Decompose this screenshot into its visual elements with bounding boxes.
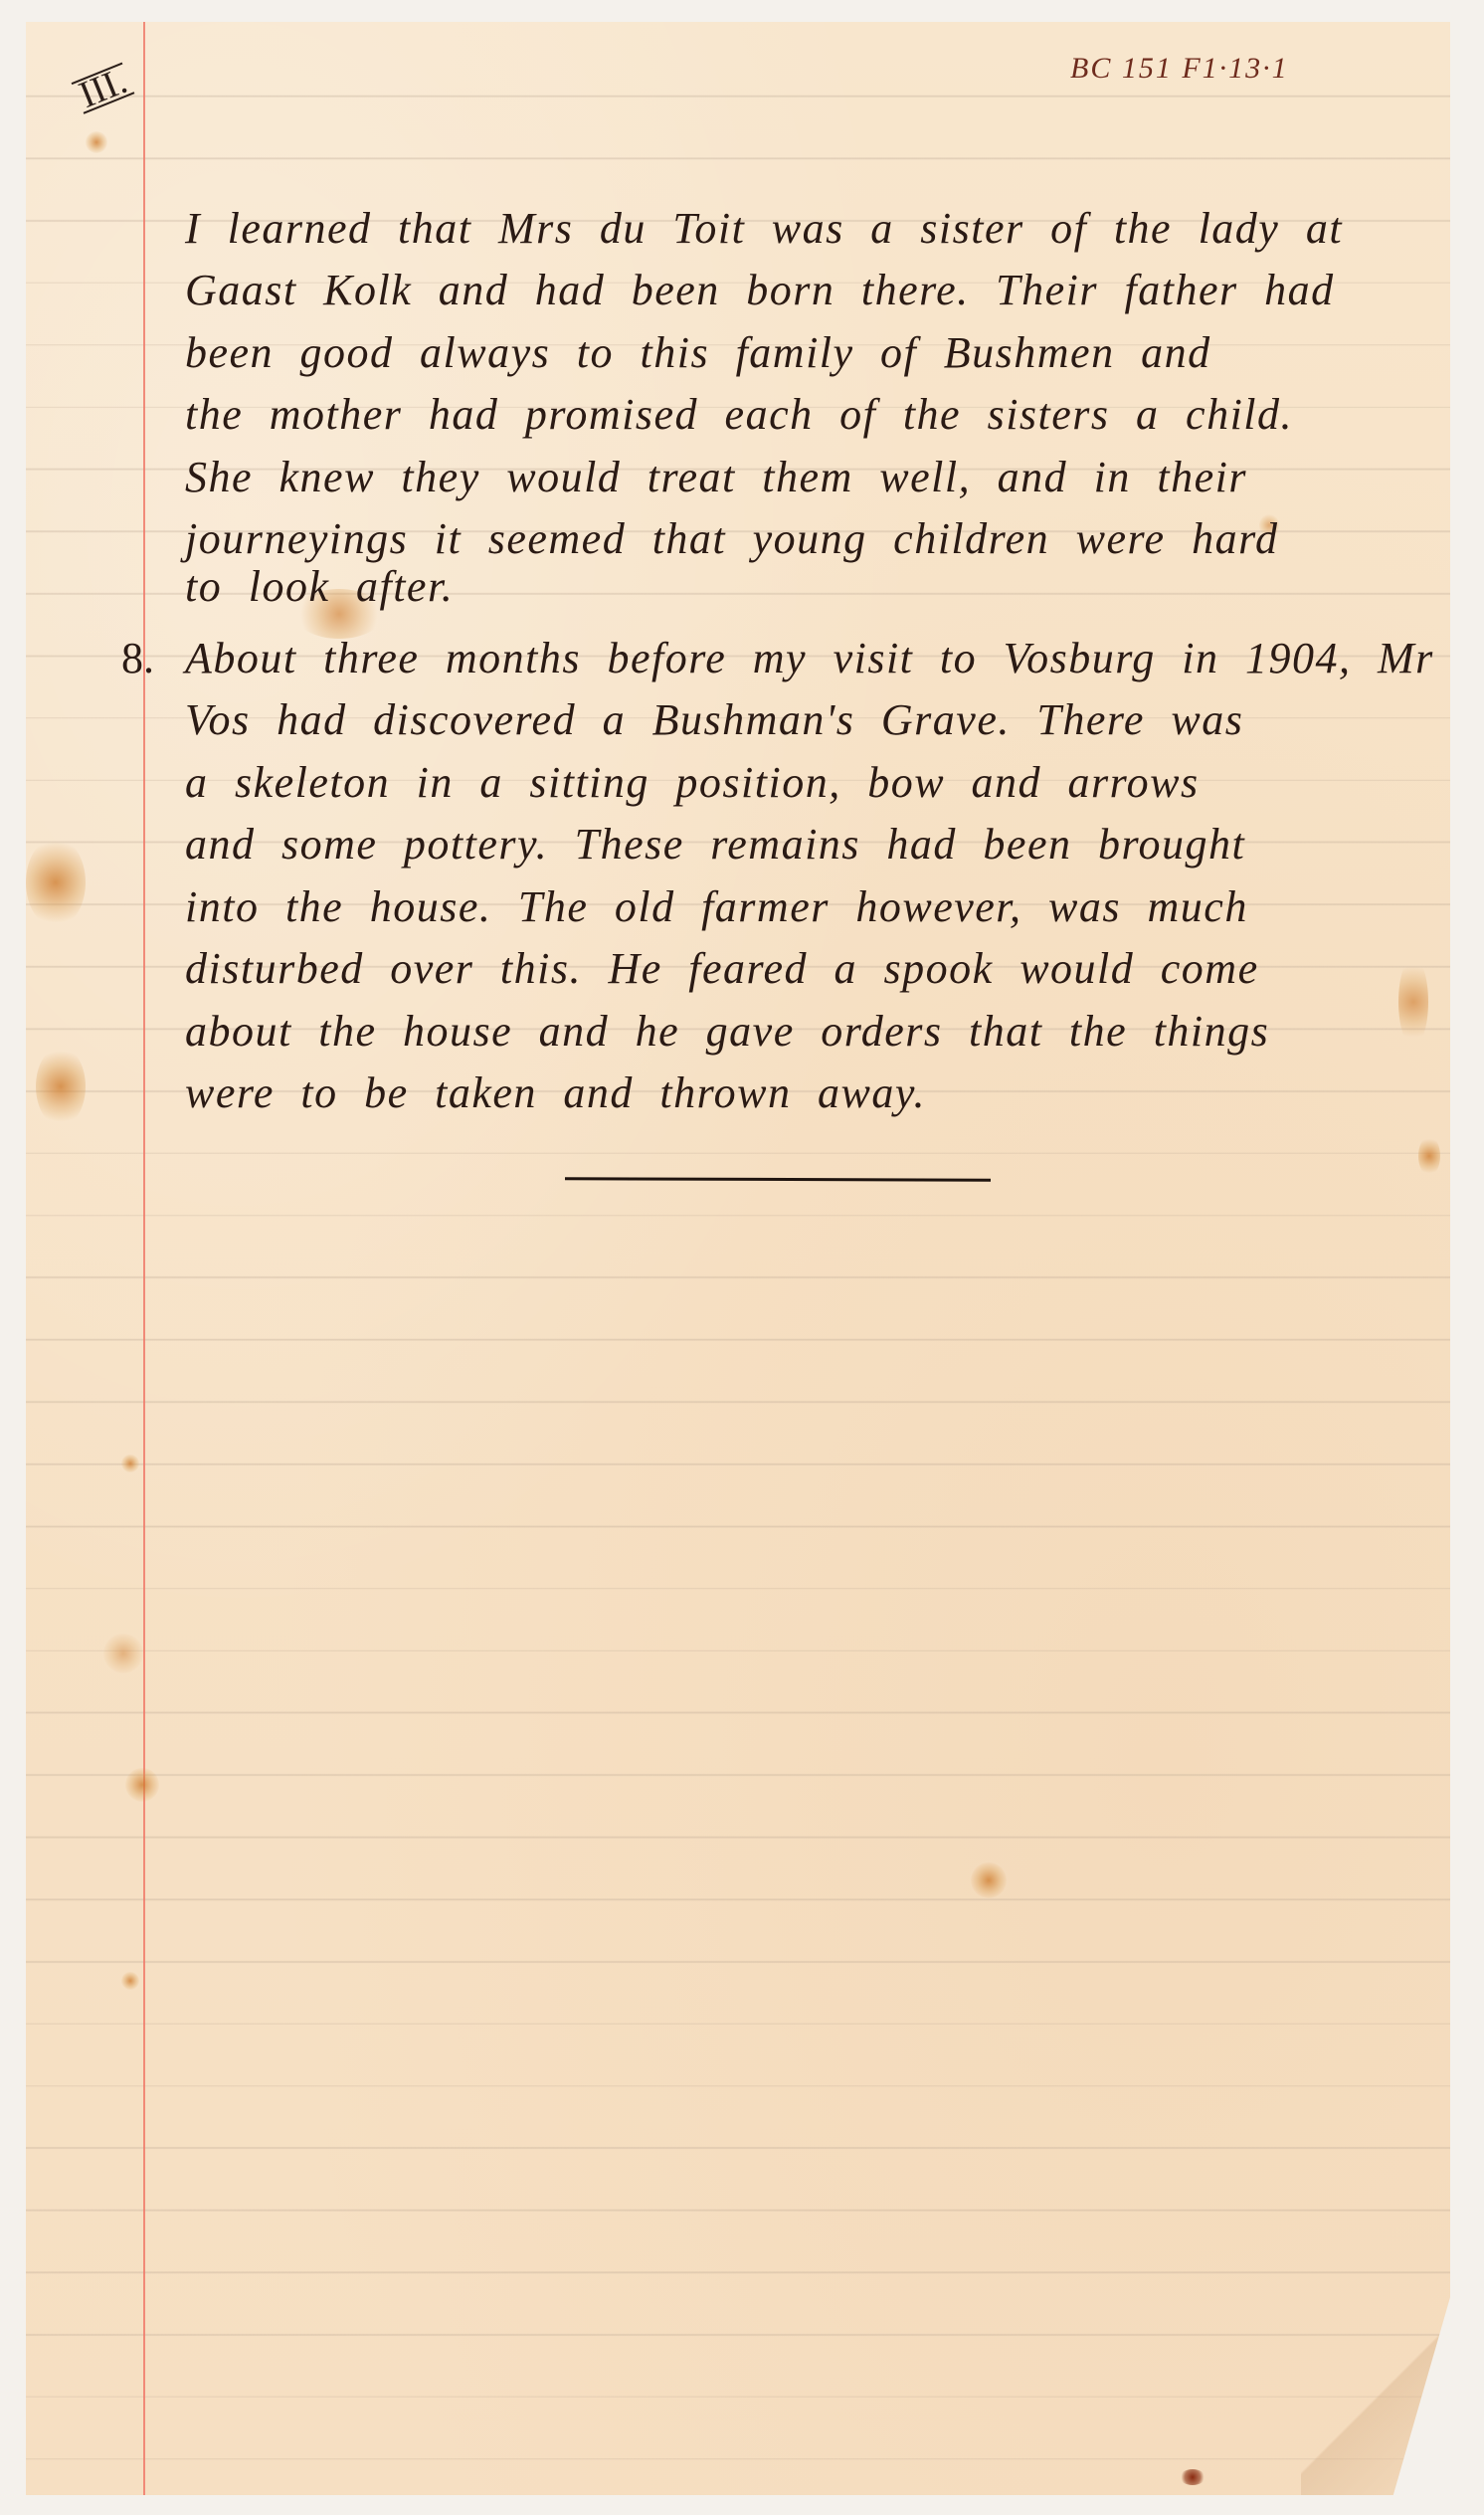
manuscript-line: Vos had discovered a Bushman's Grave. Th… xyxy=(185,698,1243,742)
foxing-stain xyxy=(103,1634,143,1673)
manuscript-line: She knew they would treat them well, and… xyxy=(185,456,1247,499)
manuscript-line: Gaast Kolk and had been born there. Thei… xyxy=(185,269,1335,312)
red-margin-line xyxy=(143,22,145,2495)
end-rule-separator xyxy=(565,1177,991,1181)
manuscript-line: I learned that Mrs du Toit was a sister … xyxy=(185,207,1343,251)
manuscript-line: been good always to this family of Bushm… xyxy=(185,331,1211,375)
foxing-stain xyxy=(121,1972,139,1990)
folded-corner xyxy=(1301,2306,1450,2495)
foxing-stain xyxy=(86,131,107,153)
manuscript-line: disturbed over this. He feared a spook w… xyxy=(185,947,1259,991)
manuscript-line: and some pottery. These remains had been… xyxy=(185,823,1245,867)
paragraph-number: 8. xyxy=(121,637,154,680)
manuscript-line: were to be taken and thrown away. xyxy=(185,1071,926,1115)
manuscript-line: to look after. xyxy=(185,565,454,609)
foxing-stain xyxy=(36,1047,86,1126)
manuscript-line: about the house and he gave orders that … xyxy=(185,1010,1269,1054)
manuscript-line: a skeleton in a sitting position, bow an… xyxy=(185,761,1200,805)
foxing-stain xyxy=(125,1768,159,1802)
foxing-stain xyxy=(1398,957,1428,1047)
foxing-stain xyxy=(971,1862,1007,1898)
foxing-stain xyxy=(26,838,86,927)
manuscript-line: About three months before my visit to Vo… xyxy=(185,637,1434,680)
foxing-stain xyxy=(1418,1136,1440,1176)
manuscript-line: journeyings it seemed that young childre… xyxy=(185,517,1279,561)
section-number: III. xyxy=(72,62,135,113)
manuscript-line: the mother had promised each of the sist… xyxy=(185,393,1293,437)
manuscript-line: into the house. The old farmer however, … xyxy=(185,885,1248,929)
archive-reference-number: BC 151 F1·13·1 xyxy=(1070,52,1289,86)
foxing-stain xyxy=(121,1454,139,1472)
manuscript-page: BC 151 F1·13·1 III. I learned that Mrs d… xyxy=(26,22,1450,2495)
foxing-stain xyxy=(1180,2469,1206,2485)
